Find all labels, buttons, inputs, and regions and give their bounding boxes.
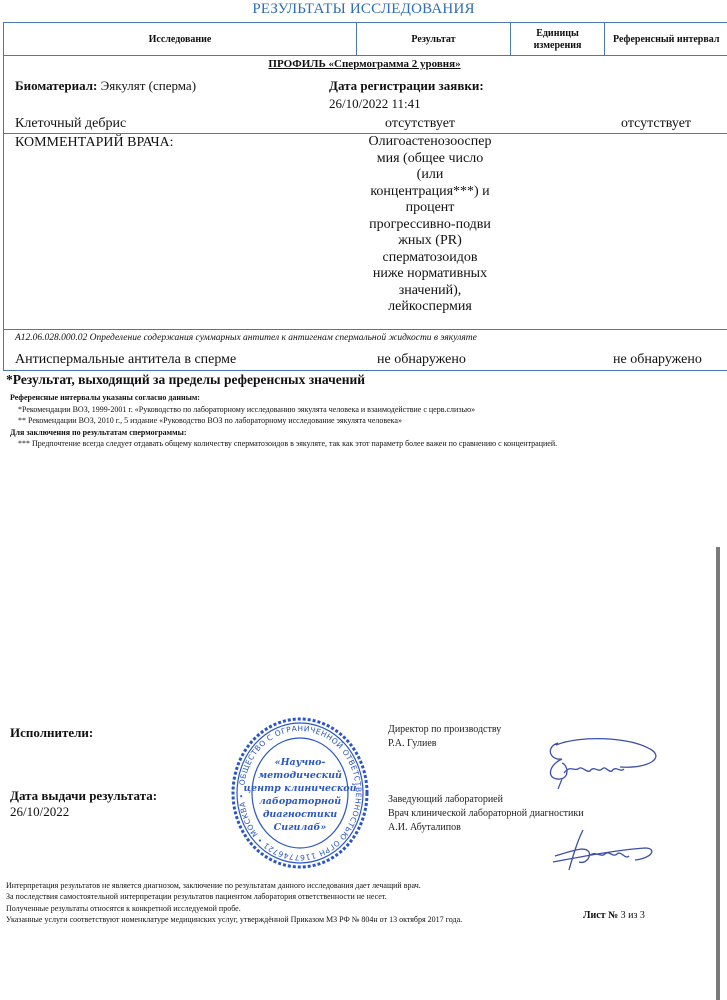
row-divider: [4, 329, 727, 330]
sheet-label: Лист №: [583, 910, 618, 921]
footer-line: Указанные услуги соответствуют номенклат…: [6, 914, 462, 925]
comment-line: прогрессивно-подви: [355, 217, 505, 234]
conclusion-heading: Для заключения по результатам спермограм…: [10, 427, 557, 439]
out-of-range-note: *Результат, выходящий за пределы референ…: [6, 372, 365, 388]
comment-line: сперматозоидов: [355, 250, 505, 267]
header-study: Исследование: [4, 23, 357, 56]
service-code-line: A12.06.028.000.02 Определение содержания…: [15, 333, 477, 343]
scrollbar[interactable]: [716, 547, 720, 1000]
row-antibodies-name: Антиспермальные антитела в сперме: [15, 352, 236, 368]
comment-line: концентрация***) и: [355, 184, 505, 201]
sheet-value: 3 из 3: [621, 910, 645, 921]
comment-line: мия (общее число: [355, 151, 505, 168]
svg-text:методический: методический: [258, 770, 342, 781]
comment-line: Олигоастенозооспер: [355, 134, 505, 151]
row-debris-result: отсутствует: [385, 116, 455, 132]
page-title: РЕЗУЛЬТАТЫ ИССЛЕДОВАНИЯ: [0, 0, 727, 18]
header-units-label: Единицы измерения: [528, 28, 588, 52]
comment-line: значений),: [355, 283, 505, 300]
results-table: Исследование Результат Единицы измерения…: [3, 22, 727, 371]
director-block: Директор по производству Р.А. Гулиев: [388, 723, 501, 751]
stamp-icon: ОБЩЕСТВО С ОГРАНИЧЕННОЙ ОТВЕТСТВЕННОСТЬЮ…: [230, 713, 370, 873]
comment-line: жных (PR): [355, 233, 505, 250]
row-antibodies-reference: не обнаружено: [613, 352, 702, 368]
conclusion-note: *** Предпочтение всегда следует отдавать…: [10, 438, 557, 450]
doctor-comment-value: Олигоастенозооспер мия (общее число (или…: [355, 134, 505, 316]
lab-head-title: Заведующий лабораторией: [388, 793, 584, 807]
sheet-number: Лист № 3 из 3: [583, 910, 645, 921]
ref-heading: Референсные интервалы указаны согласно д…: [10, 392, 557, 404]
header-units: Единицы измерения: [511, 23, 605, 56]
footer-line: Интерпретация результатов не является ди…: [6, 880, 462, 891]
row-debris-name: Клеточный дебрис: [15, 116, 126, 132]
table-header: Исследование Результат Единицы измерения…: [4, 23, 727, 56]
director-title: Директор по производству: [388, 723, 501, 737]
ref-note-2: ** Рекомендации ВОЗ, 2010 г., 5 издание …: [10, 415, 557, 427]
profile-title: ПРОФИЛЬ «Спермограмма 2 уровня»: [1, 58, 727, 70]
footer-line: Полученные результаты относятся к конкре…: [6, 903, 462, 914]
director-signature-icon: [540, 735, 670, 790]
svg-text:лабораторной: лабораторной: [259, 796, 341, 807]
header-reference: Референсный интервал: [605, 23, 727, 56]
biomaterial: Биоматериал: Эякулят (сперма): [15, 78, 196, 94]
registration-date-label: Дата регистрации заявки:: [329, 78, 484, 94]
director-name: Р.А. Гулиев: [388, 737, 501, 751]
biomaterial-label: Биоматериал:: [15, 78, 97, 93]
issue-date-value: 26/10/2022: [10, 804, 69, 820]
svg-text:диагностики: диагностики: [263, 809, 337, 820]
reference-notes: Референсные интервалы указаны согласно д…: [10, 392, 557, 450]
comment-line: ниже нормативных: [355, 266, 505, 283]
doctor-comment-label: КОММЕНТАРИЙ ВРАЧА:: [15, 135, 174, 151]
svg-text:центр клинической: центр клинической: [243, 783, 356, 794]
executors-label: Исполнители:: [10, 725, 93, 741]
comment-line: (или: [355, 167, 505, 184]
row-antibodies-result: не обнаружено: [377, 352, 466, 368]
registration-date-value: 26/10/2022 11:41: [329, 96, 421, 112]
footer-line: За последствия самостоятельной интерпрет…: [6, 891, 462, 902]
comment-line: лейкоспермия: [355, 299, 505, 316]
footer-disclaimer: Интерпретация результатов не является ди…: [6, 880, 462, 925]
header-result: Результат: [357, 23, 511, 56]
comment-line: процент: [355, 200, 505, 217]
svg-text:Сигилаб»: Сигилаб»: [274, 822, 327, 833]
lab-head-signature-icon: [545, 828, 660, 873]
ref-note-1: *Рекомендации ВОЗ, 1999-2001 г. «Руковод…: [10, 404, 557, 416]
biomaterial-value: Эякулят (сперма): [101, 78, 196, 93]
svg-text:«Научно-: «Научно-: [275, 757, 326, 768]
issue-date-label: Дата выдачи результата:: [10, 788, 157, 804]
row-debris-reference: отсутствует: [621, 116, 691, 132]
lab-head-position: Врач клинической лабораторной диагностик…: [388, 807, 584, 821]
